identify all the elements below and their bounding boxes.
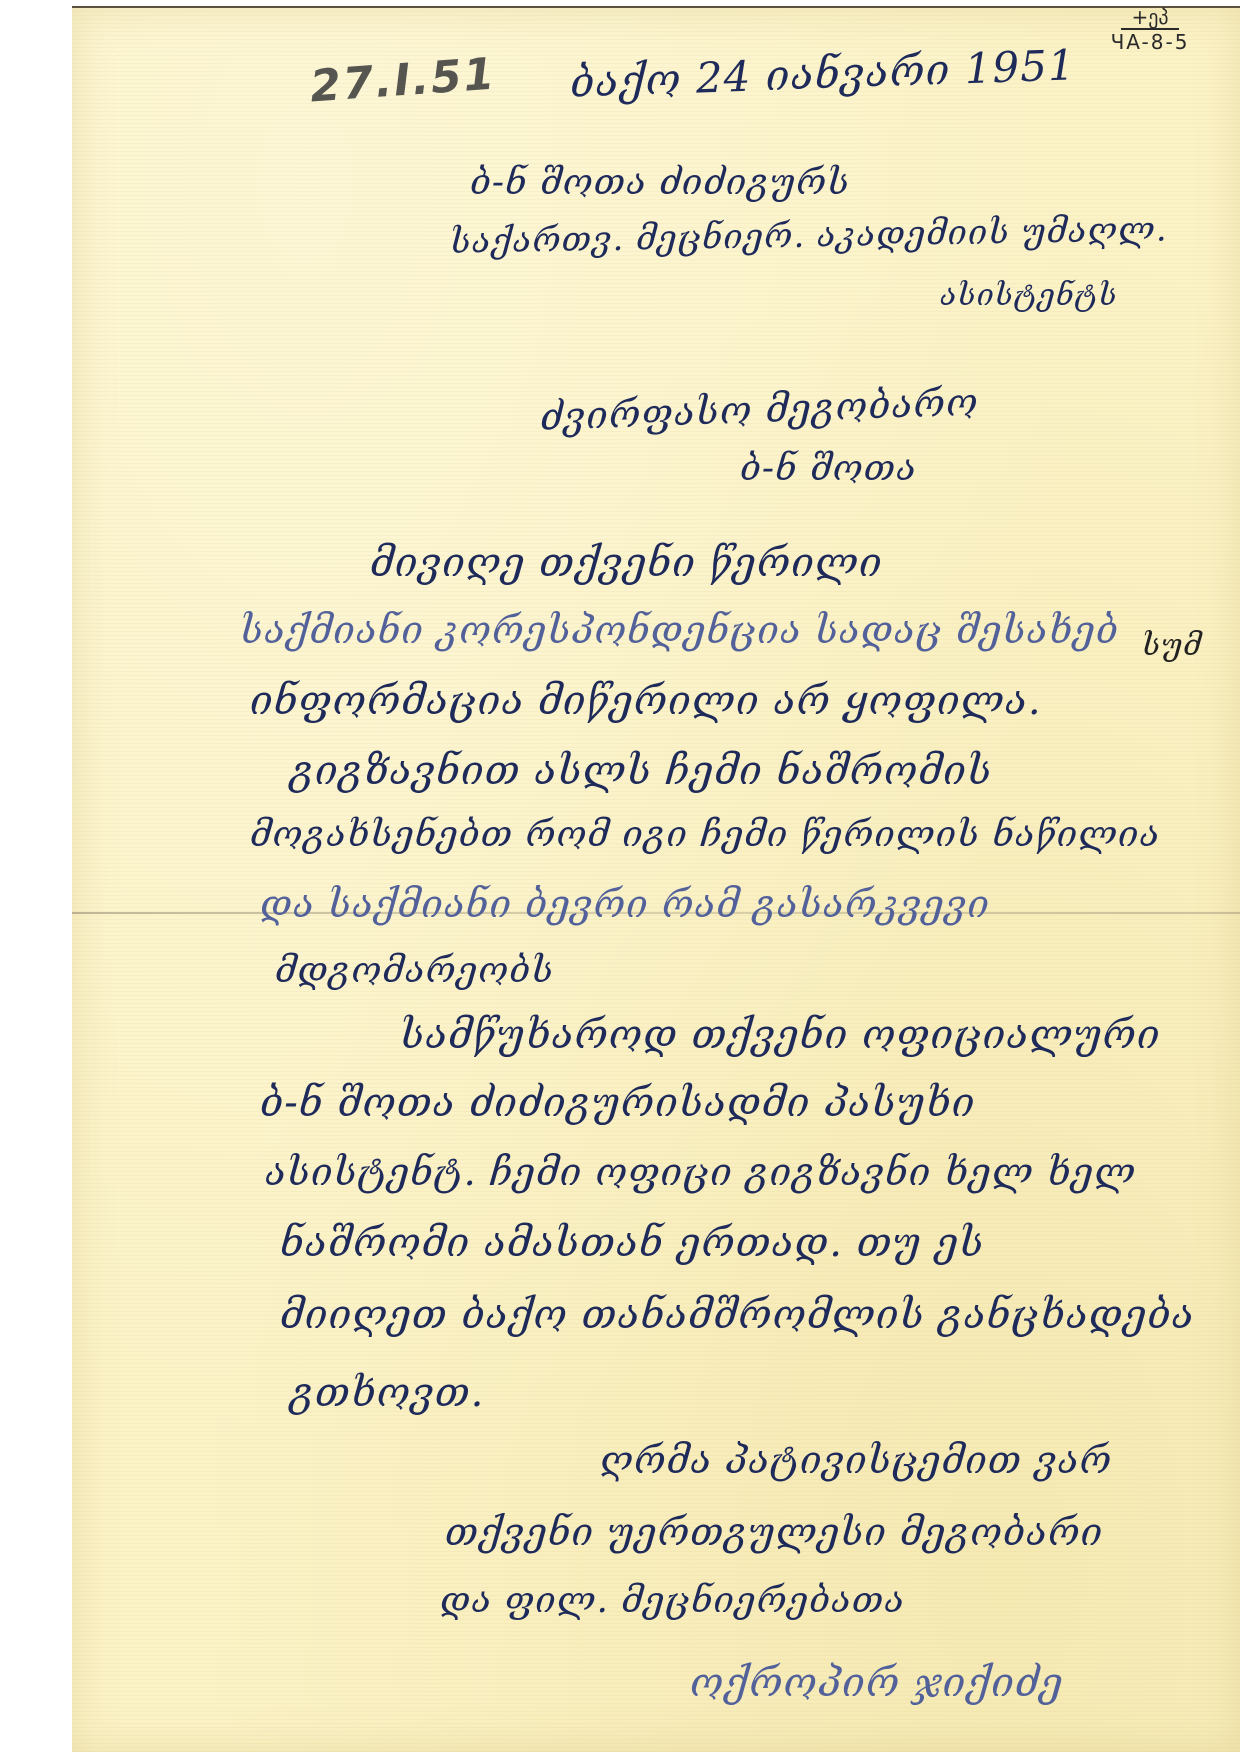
body-line-12: მიიღეთ ბაქო თანამშრომლის განცხადება	[280, 1292, 1195, 1338]
margin-mark: სუმ	[1142, 628, 1202, 663]
body-line-3: ინფორმაცია მიწერილი არ ყოფილა.	[250, 678, 1042, 724]
body-line-2: საქმიანი კორესპონდენცია სადაც შესახებ	[240, 608, 1119, 652]
body-line-11: ნაშრომი ამასთან ერთად. თუ ეს	[280, 1220, 984, 1266]
body-line-9: ბ-ნ შოთა ძიძიგურისადმი პასუხი	[260, 1080, 975, 1126]
addressee-line-3: ასისტენტს	[940, 278, 1118, 313]
body-line-8: სამწუხაროდ თქვენი ოფიციალური	[400, 1012, 1161, 1058]
body-line-10: ასისტენტ. ჩემი ოფიცი გიგზავნი ხელ ხელ	[265, 1150, 1136, 1194]
body-line-4: გიგზავნით ასლს ჩემი ნაშრომის	[290, 748, 992, 794]
closing-line-3: და ფილ. მეცნიერებათა	[440, 1580, 905, 1621]
closing-line-1: ღრმა პატივისცემით ვარ	[600, 1438, 1112, 1482]
signature: ოქროპირ ჯიქიძე	[690, 1660, 1064, 1706]
salutation-line-2: ბ-ნ შოთა	[740, 448, 917, 489]
archive-reference: +ეპ ЧA-8-5	[1085, 6, 1215, 54]
archive-reference-numerator: +ეპ	[1121, 6, 1178, 30]
closing-line-2: თქვენი უერთგულესი მეგობარი	[445, 1510, 1103, 1554]
body-line-5: მოგახსენებთ რომ იგი ჩემი წერილის ნაწილია	[250, 814, 1160, 855]
body-line-7: მდგომარეობს	[275, 950, 554, 991]
letter-page	[72, 6, 1240, 1752]
archive-reference-denominator: ЧA-8-5	[1085, 30, 1215, 54]
body-line-13: გთხოვთ.	[290, 1370, 484, 1416]
body-line-6: და საქმიანი ბევრი რამ გასარკვევი	[260, 882, 990, 926]
addressee-line-1: ბ-ნ შოთა ძიძიგურს	[470, 162, 850, 203]
body-line-1: მივიღე თქვენი წერილი	[370, 540, 883, 586]
